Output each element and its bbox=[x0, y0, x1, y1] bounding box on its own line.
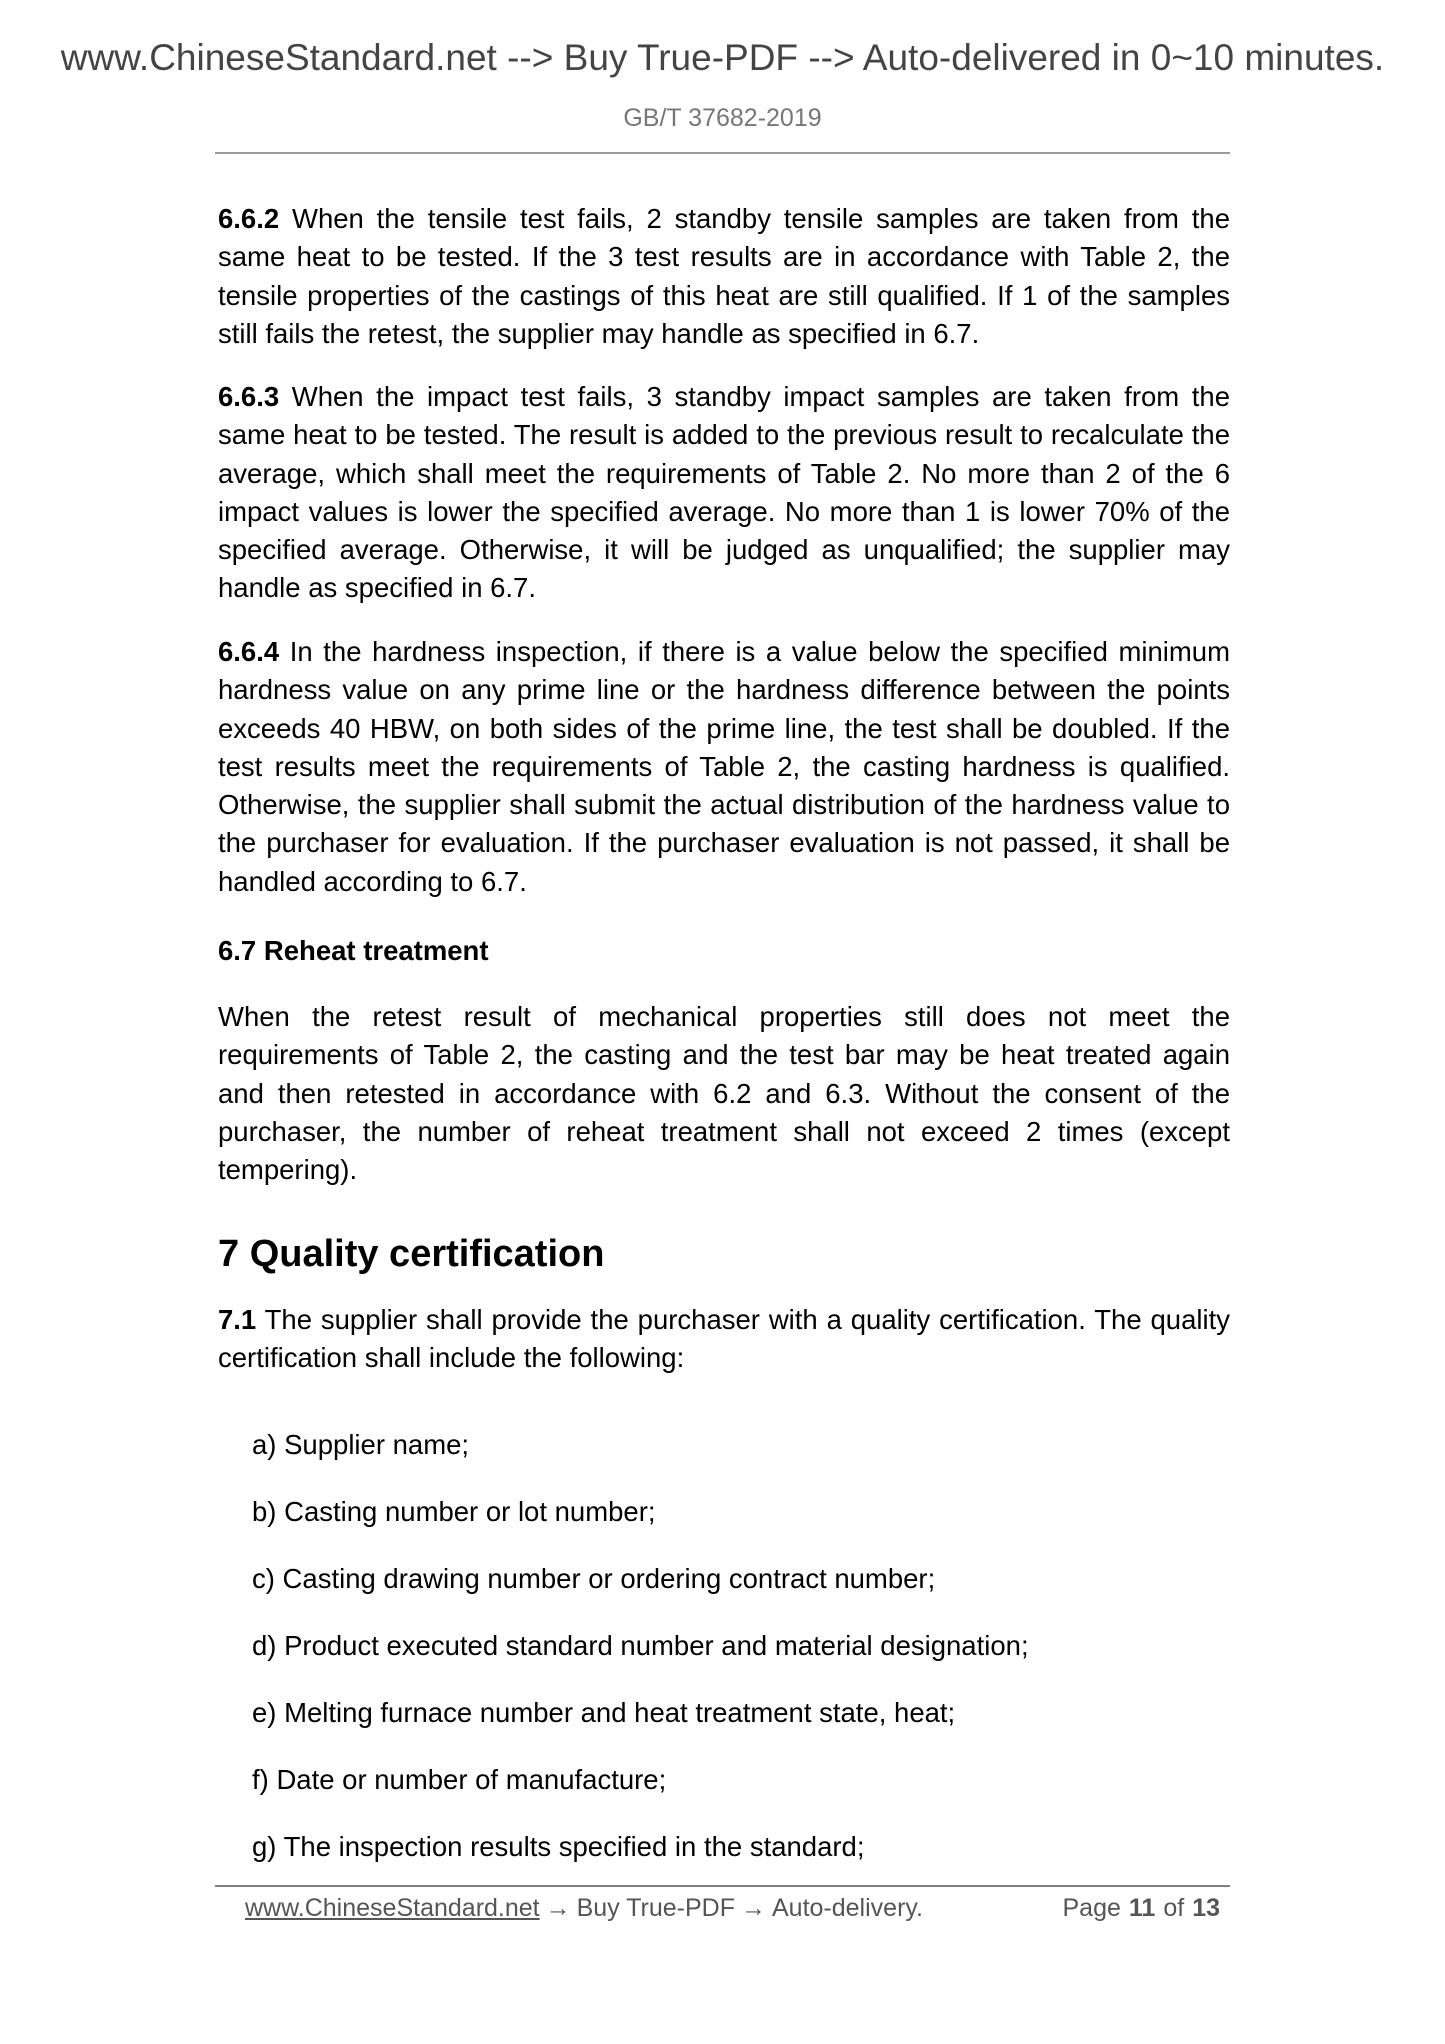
page-footer: www.ChineseStandard.net→Buy True-PDF→Aut… bbox=[245, 1893, 1230, 1923]
current-page: 11 bbox=[1129, 1894, 1155, 1922]
list-item: a) Supplier name; bbox=[252, 1426, 469, 1464]
footer-divider bbox=[215, 1885, 1230, 1887]
list-item: c) Casting drawing number or ordering co… bbox=[252, 1560, 935, 1598]
footer-buy-text: Buy True-PDF bbox=[577, 1894, 735, 1922]
list-item: b) Casting number or lot number; bbox=[252, 1493, 656, 1531]
clause-text: The supplier shall provide the purchaser… bbox=[218, 1304, 1230, 1373]
arrow-right-icon: → bbox=[546, 1894, 571, 1922]
clause-6-6-4: 6.6.4 In the hardness inspection, if the… bbox=[218, 633, 1230, 901]
heading-7-quality-certification: 7 Quality certification bbox=[218, 1232, 604, 1276]
clause-number: 6.6.3 bbox=[218, 381, 279, 412]
list-item: g) The inspection results specified in t… bbox=[252, 1828, 864, 1866]
clause-number: 6.6.2 bbox=[218, 203, 279, 234]
total-pages: 13 bbox=[1192, 1894, 1220, 1922]
heading-6-7: 6.7 Reheat treatment bbox=[218, 932, 489, 970]
clause-7-1: 7.1 The supplier shall provide the purch… bbox=[218, 1301, 1230, 1378]
footer-site-link[interactable]: www.ChineseStandard.net bbox=[245, 1894, 540, 1922]
clause-number: 6.6.4 bbox=[218, 636, 279, 667]
footer-delivery-text: Auto-delivery. bbox=[772, 1894, 923, 1922]
list-item: e) Melting furnace number and heat treat… bbox=[252, 1694, 955, 1732]
paragraph-reheat-treatment: When the retest result of mechanical pro… bbox=[218, 998, 1230, 1189]
page-number: Page11of13 bbox=[1063, 1893, 1221, 1923]
list-item: f) Date or number of manufacture; bbox=[252, 1761, 666, 1799]
header-divider bbox=[215, 152, 1230, 154]
of-label: of bbox=[1163, 1894, 1184, 1922]
clause-text: When the tensile test fails, 2 standby t… bbox=[218, 203, 1230, 349]
clause-6-6-3: 6.6.3 When the impact test fails, 3 stan… bbox=[218, 378, 1230, 608]
list-item: d) Product executed standard number and … bbox=[252, 1627, 1029, 1665]
clause-6-6-2: 6.6.2 When the tensile test fails, 2 sta… bbox=[218, 200, 1230, 353]
clause-text: In the hardness inspection, if there is … bbox=[218, 636, 1230, 897]
clause-text: When the impact test fails, 3 standby im… bbox=[218, 381, 1230, 603]
clause-number: 7.1 bbox=[218, 1304, 256, 1335]
header-banner: www.ChineseStandard.net --> Buy True-PDF… bbox=[0, 36, 1445, 80]
arrow-right-icon: → bbox=[741, 1894, 766, 1922]
document-id: GB/T 37682-2019 bbox=[0, 103, 1445, 133]
page-label: Page bbox=[1063, 1894, 1121, 1922]
